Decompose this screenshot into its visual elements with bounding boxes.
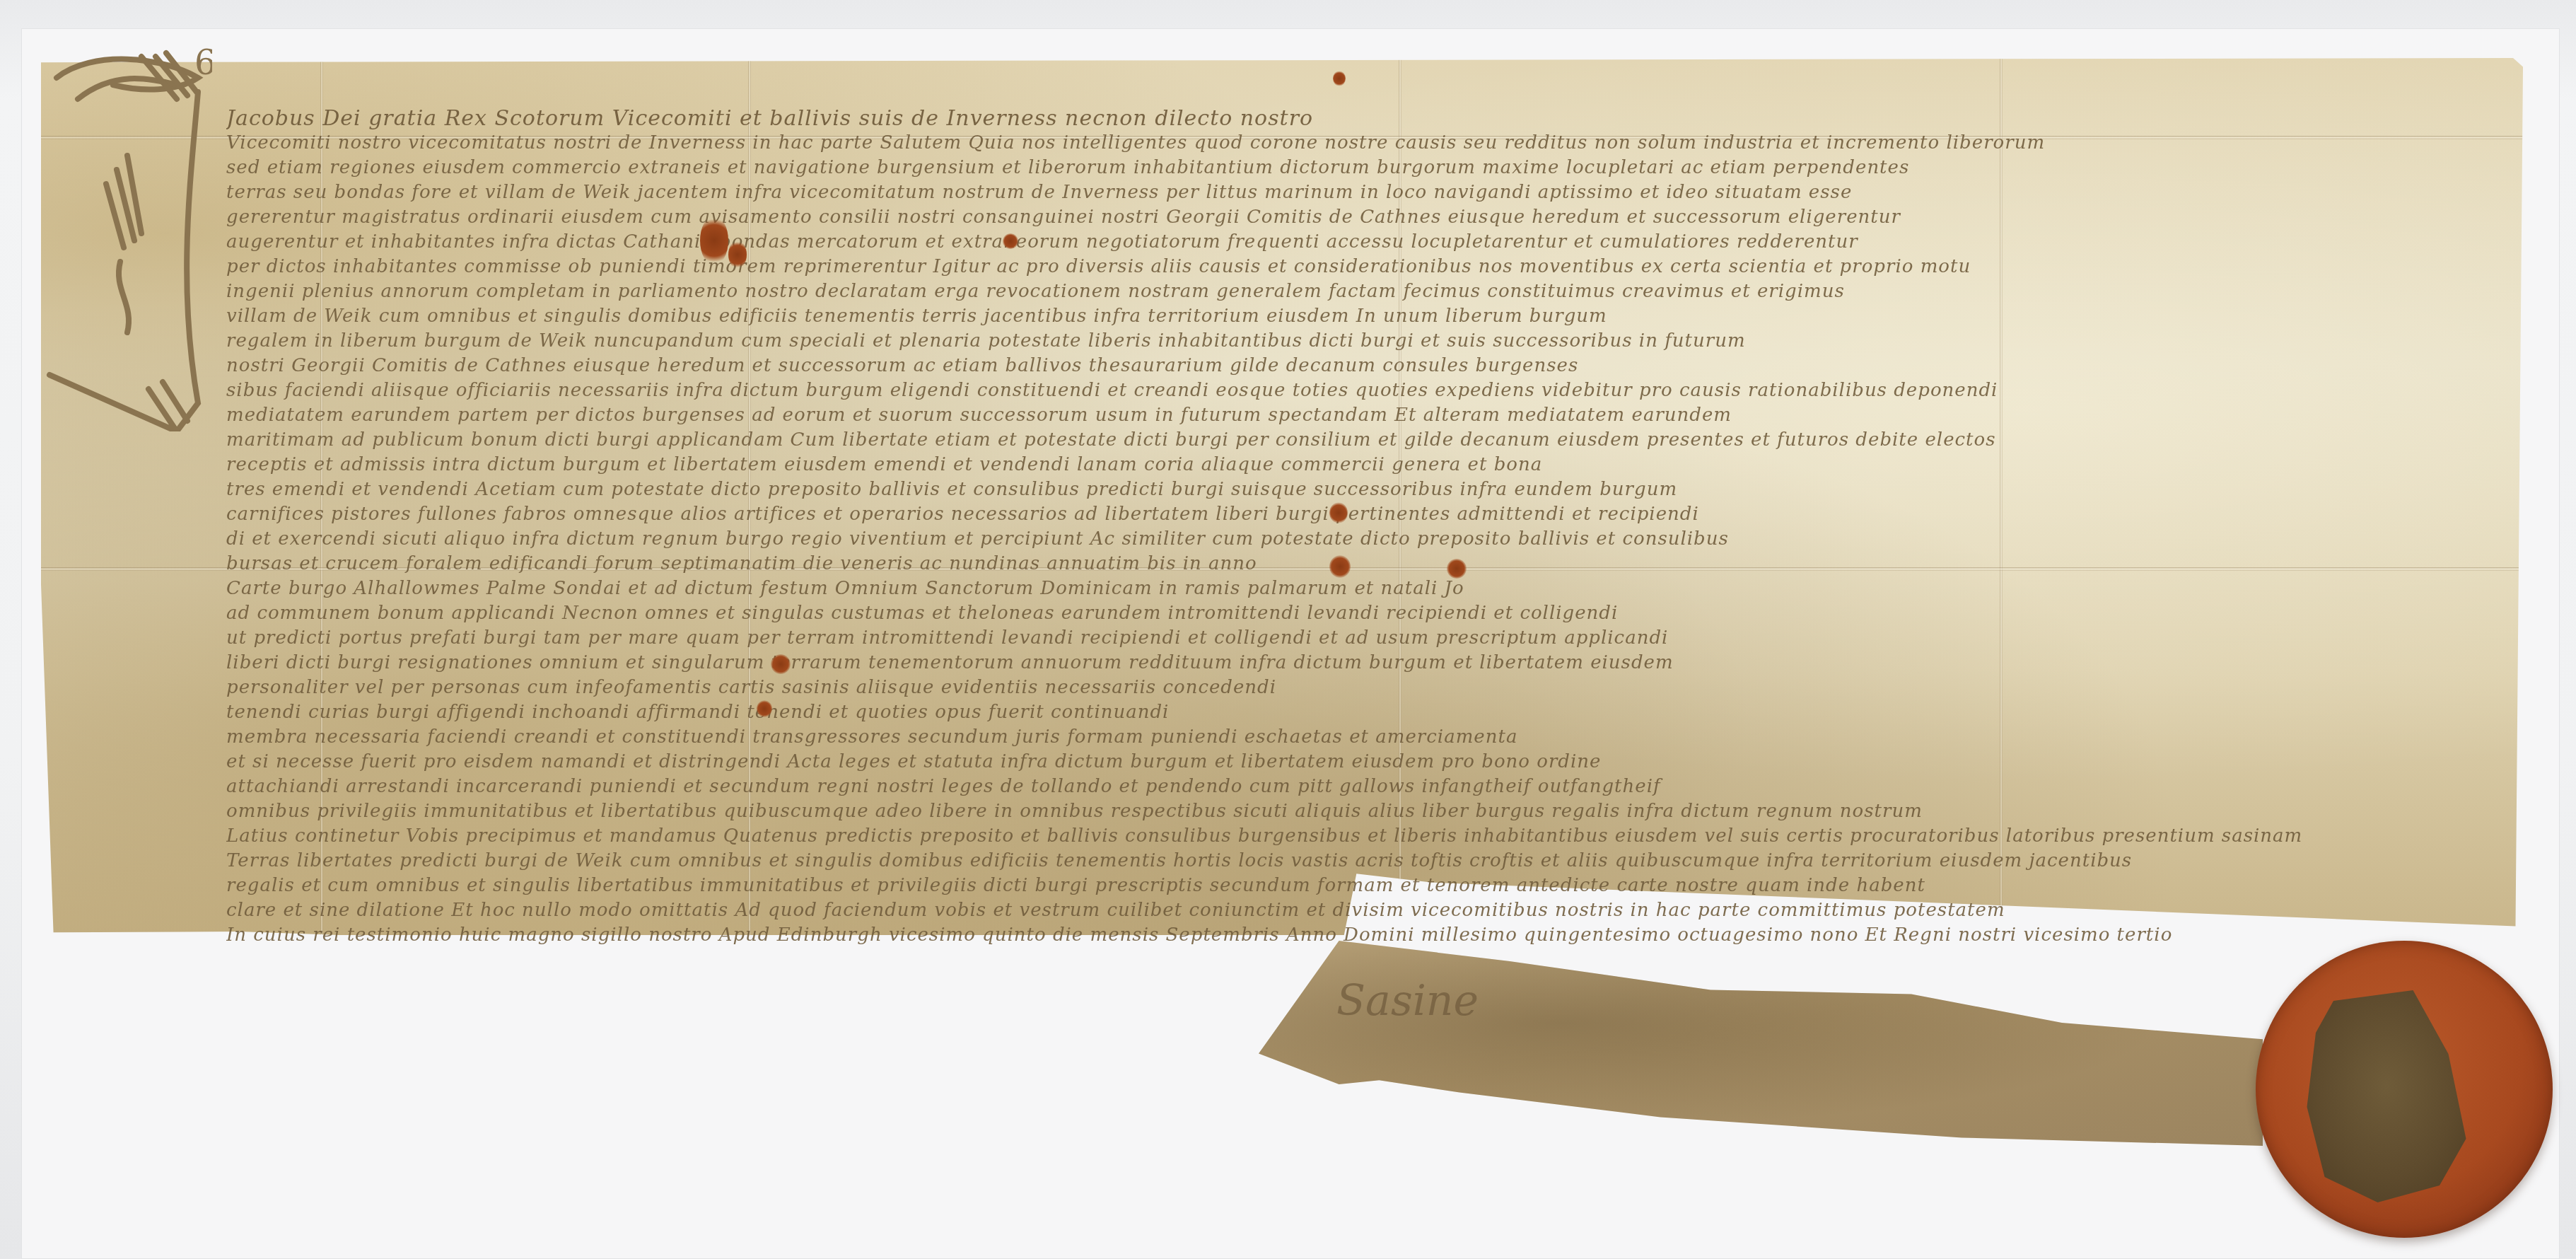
- charter-text-line: receptis et admissis intra dictum burgum…: [226, 453, 2461, 477]
- charter-text-line: ut predicti portus prefati burgi tam per…: [226, 626, 2461, 651]
- wax-stain: [1329, 502, 1348, 523]
- charter-text-line: ingenii plenius annorum completam in par…: [226, 279, 2461, 304]
- charter-text-line: mediatatem earundem partem per dictos bu…: [226, 403, 2461, 428]
- charter-text-line: ad communem bonum applicandi Necnon omne…: [226, 601, 2461, 626]
- royal-monogram-flourish: 6: [35, 35, 212, 431]
- charter-text-line: per dictos inhabitantes commisse ob puni…: [226, 255, 2461, 279]
- charter-text-line: Vicecomiti nostro vicecomitatus nostri d…: [226, 131, 2461, 156]
- charter-text-line: clare et sine dilatione Et hoc nullo mod…: [226, 898, 2461, 923]
- wax-stain: [757, 700, 772, 717]
- charter-text-line: augerentur et inhabitantes infra dictas …: [226, 230, 2461, 255]
- charter-text-line: terras seu bondas fore et villam de Weik…: [226, 180, 2461, 205]
- charter-text-line: membra necessaria faciendi creandi et co…: [226, 725, 2461, 750]
- charter-text-line: sibus faciendi aliisque officiariis nece…: [226, 378, 2461, 403]
- charter-text-line: Latius continetur Vobis precipimus et ma…: [226, 824, 2461, 849]
- wax-stain: [700, 216, 728, 265]
- wax-stain: [1003, 233, 1018, 249]
- charter-text-line: attachiandi arrestandi incarcerandi puni…: [226, 774, 2461, 799]
- monogram-six: 6: [194, 43, 212, 83]
- wax-stain: [1447, 559, 1467, 579]
- charter-text-line: omnibus privilegiis immunitatibus et lib…: [226, 799, 2461, 824]
- charter-text-line: maritimam ad publicum bonum dicti burgi …: [226, 428, 2461, 453]
- charter-text-line: Terras libertates predicti burgi de Weik…: [226, 849, 2461, 874]
- charter-text-line: tenendi curias burgi affigendi inchoandi…: [226, 700, 2461, 725]
- charter-text-line: villam de Weik cum omnibus et singulis d…: [226, 304, 2461, 329]
- charter-text-body: Jacobus Dei gratia Rex Scotorum Vicecomi…: [226, 106, 2461, 948]
- wax-stain: [771, 654, 791, 674]
- charter-text-line: gererentur magistratus ordinarii eiusdem…: [226, 205, 2461, 230]
- charter-text-line: Carte burgo Alhallowmes Palme Sondai et …: [226, 576, 2461, 601]
- charter-text-line: tres emendi et vendendi Acetiam cum pote…: [226, 477, 2461, 502]
- charter-text-line: nostri Georgii Comitis de Cathnes eiusqu…: [226, 354, 2461, 378]
- charter-text-line: et si necesse fuerit pro eisdem namandi …: [226, 750, 2461, 774]
- charter-heading-line: Jacobus Dei gratia Rex Scotorum Vicecomi…: [226, 106, 2461, 131]
- charter-text-line: di et exercendi sicuti aliquo infra dict…: [226, 527, 2461, 552]
- tag-inscription: Sasine: [1336, 976, 1479, 1026]
- wax-stain: [728, 240, 747, 269]
- charter-text-line: regalem in liberum burgum de Weik nuncup…: [226, 329, 2461, 354]
- charter-text-line: personaliter vel per personas cum infeof…: [226, 675, 2461, 700]
- charter-text-line: liberi dicti burgi resignationes omnium …: [226, 651, 2461, 675]
- wax-stain: [1333, 71, 1346, 86]
- charter-text-line: regalis et cum omnibus et singulis liber…: [226, 874, 2461, 898]
- wax-stain: [1329, 555, 1351, 578]
- charter-text-line: sed etiam regiones eiusdem commercio ext…: [226, 156, 2461, 180]
